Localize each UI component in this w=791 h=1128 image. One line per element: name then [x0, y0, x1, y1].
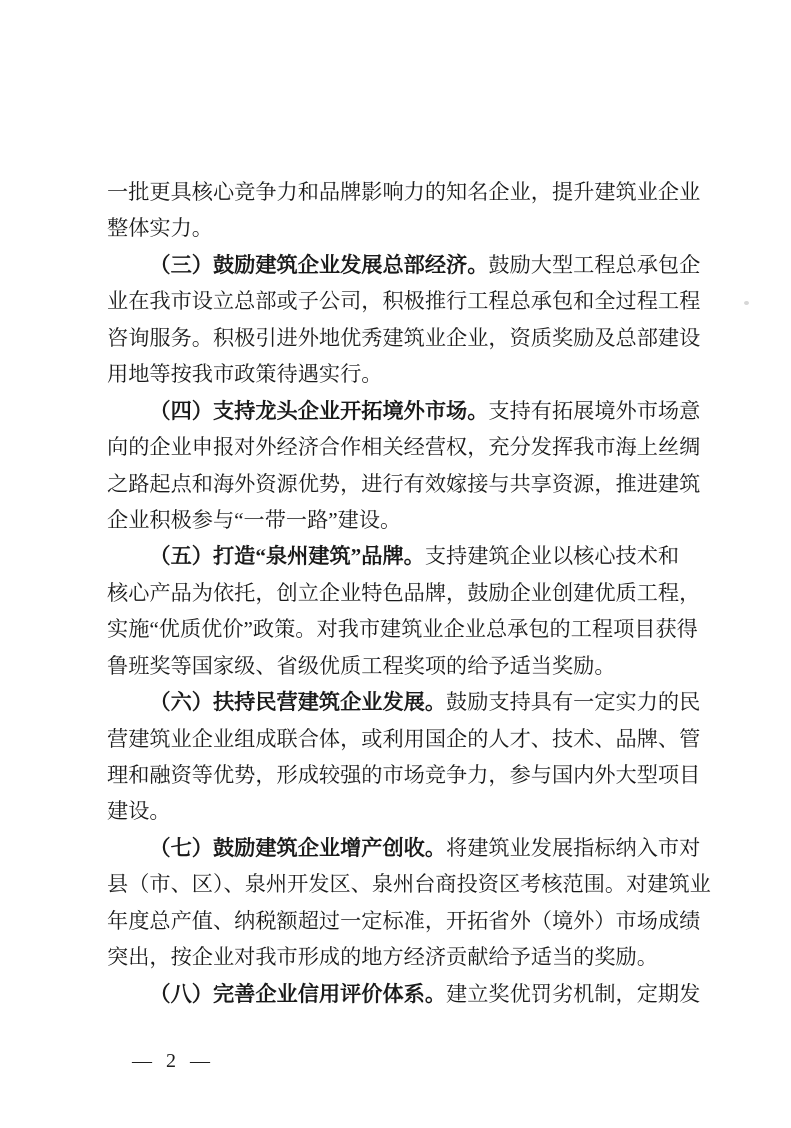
text-line: 企业积极参与“一带一路”建设。	[107, 502, 713, 538]
text-line: （七）鼓励建筑企业增产创收。将建筑业发展指标纳入市对	[107, 830, 713, 866]
text-segment: 向的企业申报对外经济合作相关经营权，充分发挥我市海上丝绸	[107, 435, 700, 459]
text-segment: 实施“优质优价”政策。对我市建筑业企业总承包的工程项目获得	[107, 617, 698, 641]
text-segment: 理和融资等优势，形成较强的市场竞争力，参与国内外大型项目	[107, 763, 700, 787]
text-segment: 年度总产值、纳税额超过一定标准，开拓省外（境外）市场成绩	[107, 909, 700, 933]
text-segment: 将建筑业发展指标纳入市对	[446, 836, 700, 860]
text-segment: 一批更具核心竞争力和品牌影响力的知名企业，提升建筑业企业	[107, 180, 700, 204]
text-segment: 业在我市设立总部或子公司，积极推行工程总承包和全过程工程	[107, 289, 700, 313]
text-segment: 县（市、区）、泉州开发区、泉州台商投资区考核范围。对建筑业	[107, 872, 711, 896]
text-segment: 之路起点和海外资源优势，进行有效嫁接与共享资源，推进建筑	[107, 472, 700, 496]
scan-speck-artifact	[744, 301, 749, 305]
text-line: 实施“优质优价”政策。对我市建筑业企业总承包的工程项目获得	[107, 611, 713, 647]
text-segment: 建设。	[107, 799, 171, 823]
text-line: 之路起点和海外资源优势，进行有效嫁接与共享资源，推进建筑	[107, 466, 713, 502]
text-line: （五）打造“泉州建筑”品牌。支持建筑企业以核心技术和	[107, 538, 713, 574]
text-segment: 鲁班奖等国家级、省级优质工程奖项的给予适当奖励。	[107, 654, 616, 678]
text-line: 一批更具核心竞争力和品牌影响力的知名企业，提升建筑业企业	[107, 174, 713, 210]
heading-segment: （七）鼓励建筑企业增产创收。	[149, 836, 446, 860]
text-line: 用地等按我市政策待遇实行。	[107, 356, 713, 392]
text-line: 整体实力。	[107, 210, 713, 246]
text-segment: 咨询服务。积极引进外地优秀建筑业企业，资质奖励及总部建设	[107, 326, 700, 350]
text-line: 县（市、区）、泉州开发区、泉州台商投资区考核范围。对建筑业	[107, 866, 713, 902]
document-page: 一批更具核心竞争力和品牌影响力的知名企业，提升建筑业企业整体实力。（三）鼓励建筑…	[0, 0, 791, 1128]
text-line: 业在我市设立总部或子公司，积极推行工程总承包和全过程工程	[107, 283, 713, 319]
page-number: — 2 —	[132, 1049, 210, 1073]
heading-segment: （四）支持龙头企业开拓境外市场。	[149, 399, 488, 423]
text-line: 鲁班奖等国家级、省级优质工程奖项的给予适当奖励。	[107, 648, 713, 684]
text-line: 突出，按企业对我市形成的地方经济贡献给予适当的奖励。	[107, 939, 713, 975]
heading-segment: （五）打造“泉州建筑”品牌。	[149, 544, 424, 568]
text-segment: 企业积极参与“一带一路”建设。	[107, 508, 401, 532]
text-segment: 鼓励支持具有一定实力的民	[446, 690, 700, 714]
text-line: 向的企业申报对外经济合作相关经营权，充分发挥我市海上丝绸	[107, 429, 713, 465]
text-line: 理和融资等优势，形成较强的市场竞争力，参与国内外大型项目	[107, 757, 713, 793]
text-line: （四）支持龙头企业开拓境外市场。支持有拓展境外市场意	[107, 393, 713, 429]
text-segment: 鼓励大型工程总承包企	[488, 253, 700, 277]
text-segment: 整体实力。	[107, 216, 213, 240]
text-segment: 支持有拓展境外市场意	[488, 399, 700, 423]
document-body: 一批更具核心竞争力和品牌影响力的知名企业，提升建筑业企业整体实力。（三）鼓励建筑…	[107, 174, 713, 1012]
text-line: 建设。	[107, 793, 713, 829]
text-line: （八）完善企业信用评价体系。建立奖优罚劣机制，定期发	[107, 976, 713, 1012]
text-segment: 突出，按企业对我市形成的地方经济贡献给予适当的奖励。	[107, 945, 658, 969]
text-segment: 核心产品为依托，创立企业特色品牌，鼓励企业创建优质工程，	[107, 581, 700, 605]
text-segment: 建立奖优罚劣机制，定期发	[446, 982, 700, 1006]
heading-segment: （三）鼓励建筑企业发展总部经济。	[149, 253, 488, 277]
text-line: 年度总产值、纳税额超过一定标准，开拓省外（境外）市场成绩	[107, 903, 713, 939]
text-line: 咨询服务。积极引进外地优秀建筑业企业，资质奖励及总部建设	[107, 320, 713, 356]
heading-segment: （八）完善企业信用评价体系。	[149, 982, 446, 1006]
text-line: 核心产品为依托，创立企业特色品牌，鼓励企业创建优质工程，	[107, 575, 713, 611]
text-line: （六）扶持民营建筑企业发展。鼓励支持具有一定实力的民	[107, 684, 713, 720]
text-line: （三）鼓励建筑企业发展总部经济。鼓励大型工程总承包企	[107, 247, 713, 283]
text-line: 营建筑业企业组成联合体，或利用国企的人才、技术、品牌、管	[107, 721, 713, 757]
text-segment: 用地等按我市政策待遇实行。	[107, 362, 382, 386]
text-segment: 支持建筑企业以核心技术和	[425, 544, 679, 568]
heading-segment: （六）扶持民营建筑企业发展。	[149, 690, 446, 714]
text-segment: 营建筑业企业组成联合体，或利用国企的人才、技术、品牌、管	[107, 727, 700, 751]
